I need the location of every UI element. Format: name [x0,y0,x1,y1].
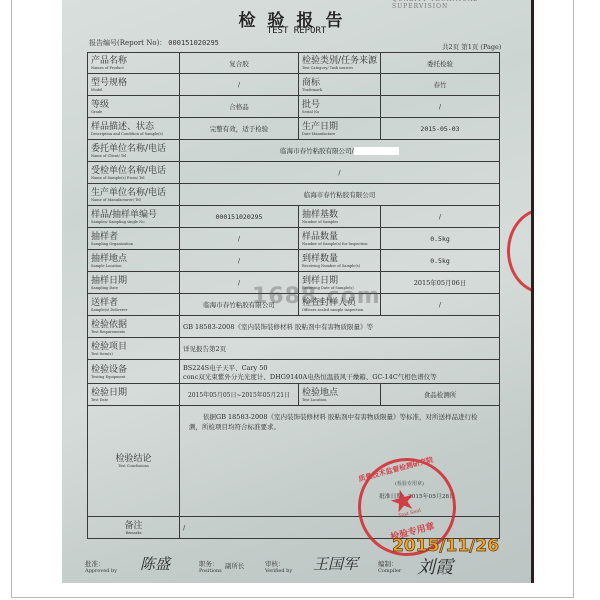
value-date-manufacture: 2015-05-03 [381,118,500,140]
table-row: 检验设备Testing Equipment BS224S电子天平、Cary 50… [88,360,500,384]
label-receiving-number: 到样数量Receiving Number of Sample(s) [299,250,381,272]
table-row: 生产单位名称/电话Name of Manufacturer/ Tel 临海市春竹… [88,184,500,206]
label-test-location: 检验地点Test Location [299,384,381,406]
label-manufacturer: 生产单位名称/电话Name of Manufacturer/ Tel [88,184,180,206]
value-sample-from: / [180,162,500,184]
value-grade: 合格品 [180,96,299,118]
label-sampling-org: 抽样者Sampling Organization [88,228,180,250]
label-date-manufacture: 生产日期Date Manufacture [299,118,381,140]
value-trademark: 春竹 [381,74,500,96]
label-test-items: 检验项目Test Item(s) [88,338,180,360]
table-row: 检验依据Test Requirements GB 18583-2008《室内装饰… [88,316,500,338]
label-sample-location: 抽样地点Sample Location [88,250,180,272]
table-row: 抽样者Sampling Organization / 样品数量Number of… [88,228,500,250]
approved-by-label: 批准：Approved by [85,559,117,574]
position-label: 职务：Positions [199,559,222,574]
value-product-name: 复合胶 [180,53,299,74]
value-receiving-date: 2015年05月06日 [381,272,500,294]
table-row: 等级Grade 合格品 批号Serial No / [88,96,500,118]
label-serial-no: 批号Serial No [299,96,381,118]
value-description: 完整有效，适于检验 [180,118,299,140]
label-requirements: 检验依据Test Requirements [88,316,180,338]
label-sample-from: 受检单位名称/电话Name of Sample(s) From/ Tel [88,162,180,184]
value-number-of-samples: / [381,206,500,228]
label-description: 样品描述、状态Description and Condition of Samp… [88,118,180,140]
verified-by-signature: 王国军 [313,553,358,574]
value-samples-for-inspection: 0.5kg [381,228,500,250]
table-row: 检验日期Test Date 2015年05月05日~2015年05月21日 检验… [88,384,500,406]
report-number: 报告编号(Report No)：000151020295 [89,38,219,48]
verified-by-label: 审核：Verified by [265,559,292,574]
test-report-photo: QUALITY TECHNICAL SUPERVISION 检验报告 TEST … [62,0,534,583]
value-sample-location: / [180,250,299,272]
label-test-category: 检验类别/任务来源Test Category/ Task sources [299,53,381,74]
approved-by-signature: 陈盛 [140,553,170,574]
partial-seal-stamp: 检验 [507,208,534,294]
value-test-category: 委托检验 [381,53,500,74]
value-serial-no: / [381,96,500,118]
label-client: 委托单位名称/电话Name of Client/ Tel [88,140,180,162]
table-row: 抽样地点Sample Location / 到样数量Receiving Numb… [88,250,500,272]
label-test-date: 检验日期Test Date [88,384,180,406]
compiler-signature: 刘霞 [417,553,453,579]
table-row: 检验项目Test Item(s) 详见报告第2页 [88,338,500,360]
label-grade: 等级Grade [88,96,180,118]
label-trademark: 商标Trademark [299,74,381,96]
value-receiving-number: 0.5kg [381,250,500,272]
watermark-text: 1688.com [252,284,381,309]
table-row: 受检单位名称/电话Name of Sample(s) From/ Tel / [88,162,500,184]
value-sealed-officers: / [381,294,500,316]
label-delivered-by: 送样者Sample(s) Deliverer [88,294,180,316]
page-indicator: 共2页 第1页 (Page) [442,42,501,51]
value-sample-no: 000151020295 [180,206,299,228]
redacted-phone [354,147,399,155]
compiler-label: 编制：Compiler [378,559,401,574]
label-remarks: 备注Remarks [88,517,180,539]
label-sampling-date: 抽样日期Sampling Date [88,272,180,294]
label-number-of-samples: 抽样基数Number of Samples [299,206,381,228]
table-row: 样品描述、状态Description and Condition of Samp… [88,118,500,140]
report-title-en: TEST REPORT [62,26,531,36]
table-row: 产品名称Names of Product 复合胶 检验类别/任务来源Test C… [88,53,500,74]
table-row: 委托单位名称/电话Name of Client/ Tel 临海市春竹粘胶有限公司… [88,140,500,162]
value-model: / [180,74,299,96]
value-equipment: BS224S电子天平、Cary 50conc双光束紫外分光光度计、DHG9140… [180,360,500,384]
table-row: 样品/抽样单编号Samples/ Sampling single No 0001… [88,206,500,228]
position-value: 副所长 [225,561,245,570]
value-requirements: GB 18583-2008《室内装饰装修材料 胶粘剂中有害物质限量》等 [180,316,500,338]
label-equipment: 检验设备Testing Equipment [88,360,180,384]
value-sampling-org: / [180,228,299,250]
label-model: 型号规格Model [88,74,180,96]
value-manufacturer: 临海市春竹粘胶有限公司 [180,184,500,206]
label-product-name: 产品名称Names of Product [88,53,180,74]
label-samples-for-inspection: 样品数量Number of Sample(s) for Inspection [299,228,381,250]
value-test-date: 2015年05月05日~2015年05月21日 [180,384,299,406]
value-test-location: 食品检测所 [381,384,500,406]
label-sample-no: 样品/抽样单编号Samples/ Sampling single No [88,206,180,228]
value-test-items: 详见报告第2页 [180,338,500,360]
table-row: 型号规格Model / 商标Trademark 春竹 [88,74,500,96]
value-client: 临海市春竹粘胶有限公司/ [180,140,500,162]
label-conclusion: 检验结论Test Conclusions [88,406,180,517]
